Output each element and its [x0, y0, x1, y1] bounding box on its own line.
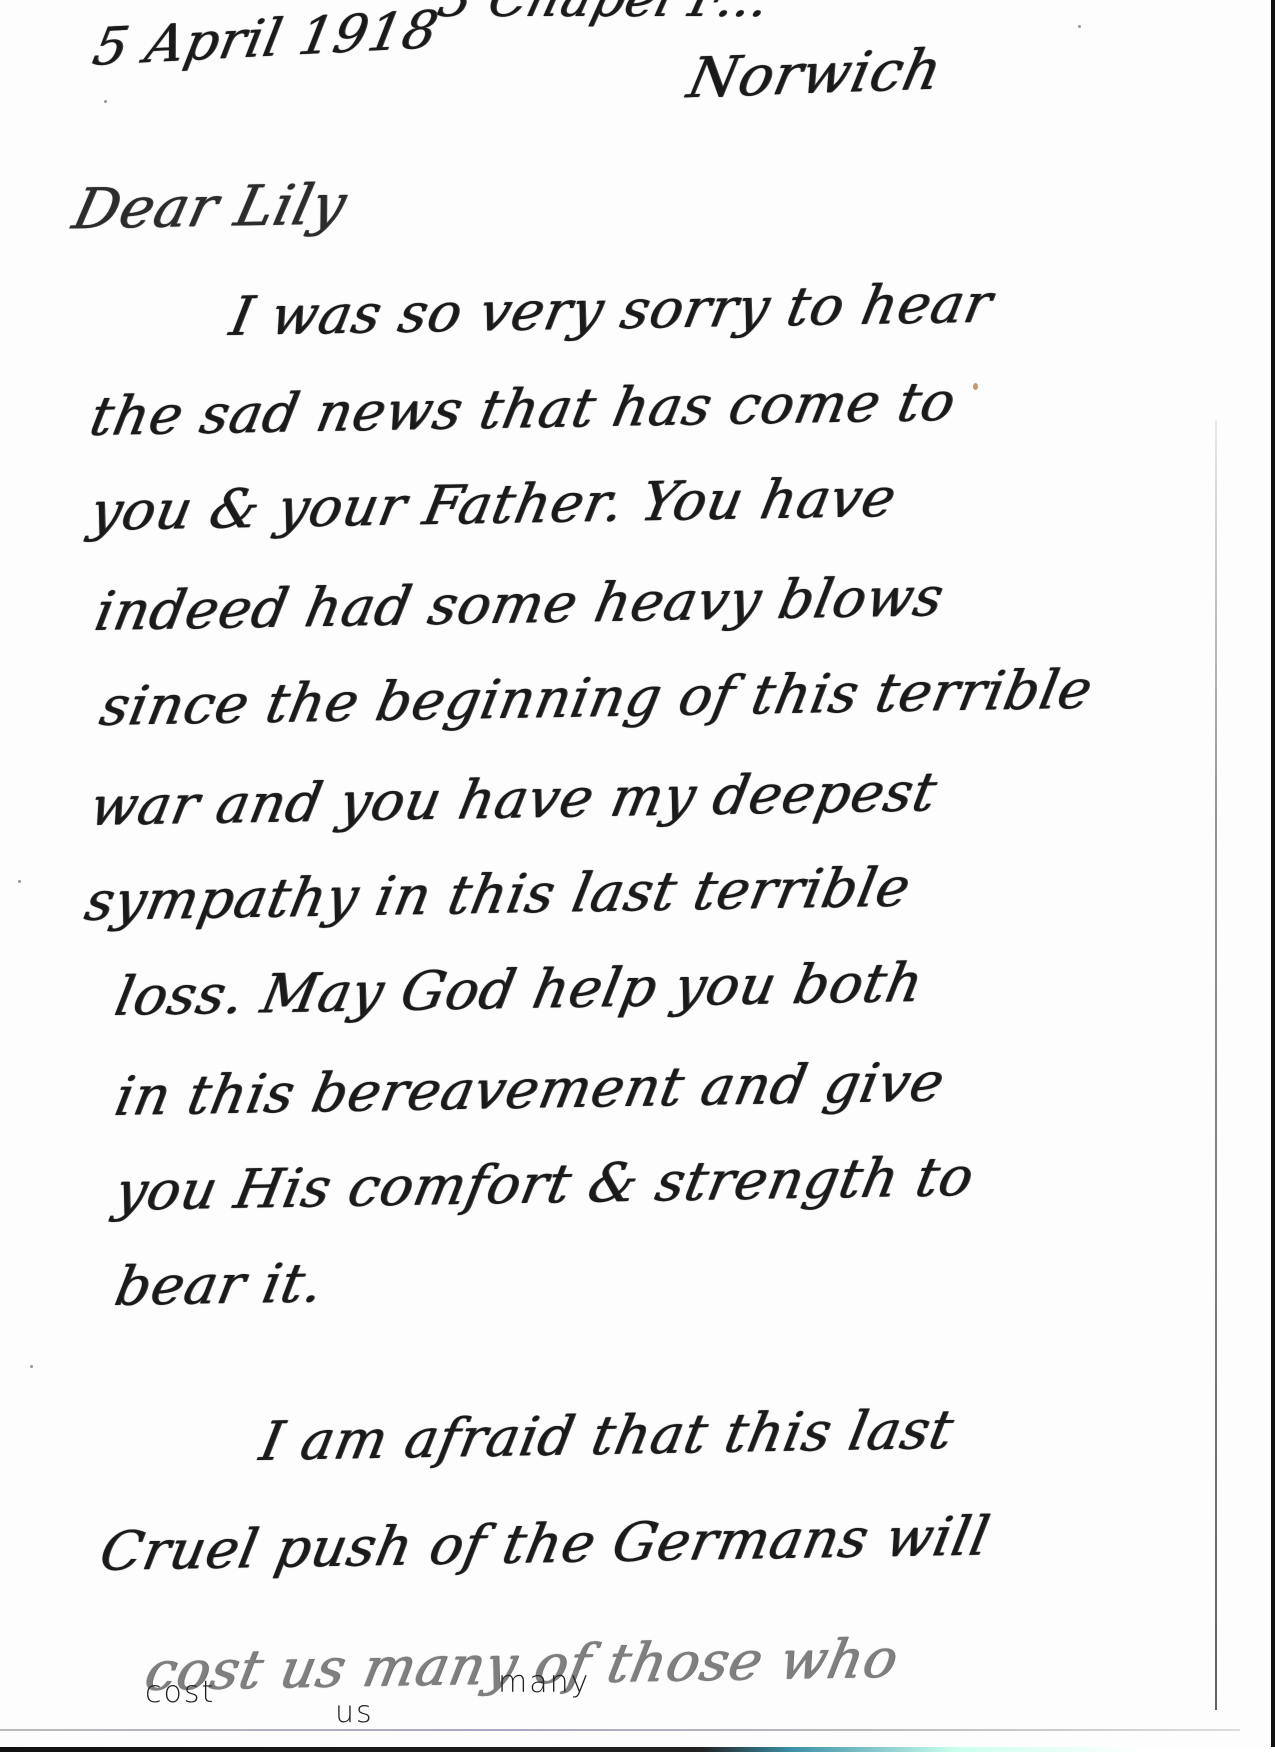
letter-page: 3 Chapel F... 5 April 1918 Norwich Dear … [0, 0, 1275, 1752]
ink-speck [18, 880, 21, 883]
letter-line: loss. May God help you both [110, 951, 928, 1028]
letter-line: Cruel push of the Germans will [95, 1505, 995, 1583]
letter-line: I am afraid that this last [255, 1398, 959, 1473]
ink-speck [104, 100, 107, 103]
scan-edge-bottom [0, 1747, 1275, 1752]
annotation-us: us [335, 1695, 374, 1730]
letter-line: in this bereavement and give [110, 1051, 950, 1128]
scan-edge-right [1271, 0, 1275, 1752]
margin-rule [1215, 420, 1217, 1710]
letter-line: I was so very sorry to hear [225, 272, 998, 348]
ink-speck [30, 1365, 33, 1368]
salutation: Dear Lily [67, 173, 353, 243]
letter-line: you & your Father. You have [85, 466, 902, 543]
bottom-rule [0, 1729, 1240, 1731]
letter-line: sympathy in this last terrible [80, 856, 916, 933]
ink-speck [1078, 25, 1081, 28]
annotation-many: many [498, 1665, 590, 1700]
letter-line: you His comfort & strength to [110, 1145, 979, 1223]
letter-city: Norwich [682, 38, 948, 112]
letter-line: war and you have my deepest [85, 760, 942, 838]
address-fragment: 3 Chapel F... [433, 0, 777, 28]
letter-line: since the beginning of this terrible [95, 658, 1098, 738]
letter-line: the sad news that has come to [85, 370, 961, 448]
ink-speck [973, 383, 978, 390]
letter-line: indeed had some heavy blows [90, 565, 949, 643]
letter-line: bear it. [110, 1251, 329, 1318]
annotation-cost: cost [145, 1675, 215, 1710]
letter-date: 5 April 1918 [88, 0, 443, 78]
